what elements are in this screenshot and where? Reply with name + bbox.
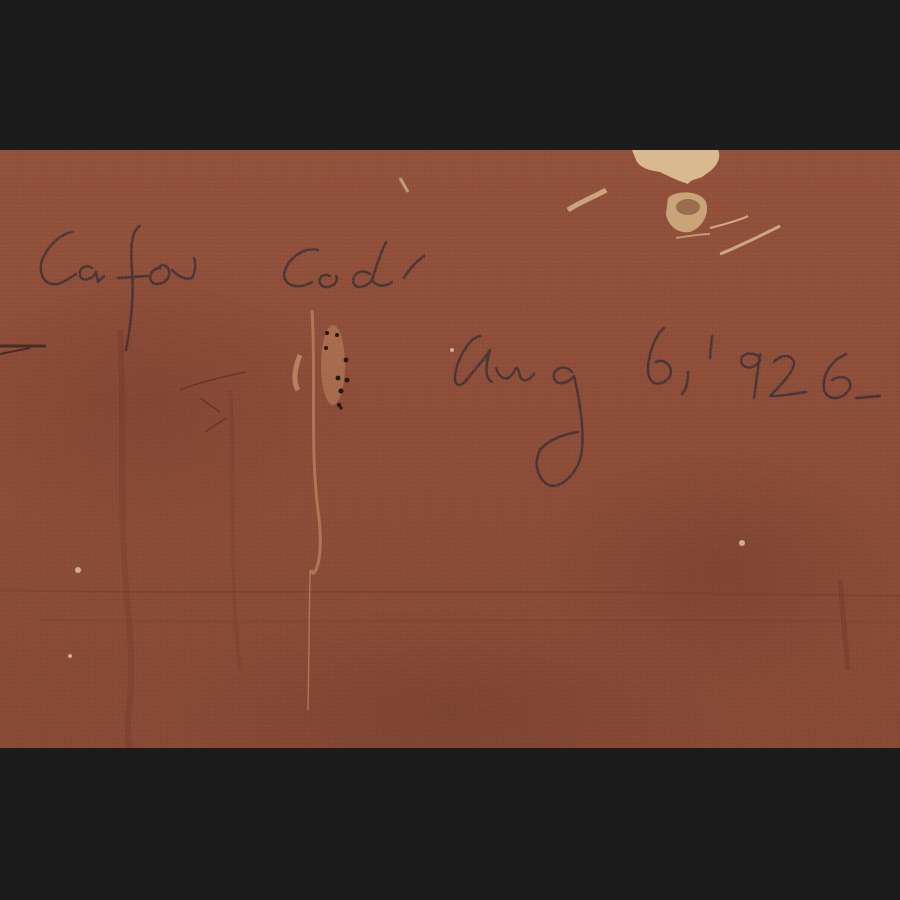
panel-artwork [0, 150, 900, 748]
letterbox-bottom [0, 748, 900, 900]
grain-texture [0, 150, 900, 748]
wood-panel: Cafe Cod Aug 6, 1926 [0, 150, 900, 748]
letterbox-top [0, 0, 900, 150]
image-frame: Cafe Cod Aug 6, 1926 [0, 0, 900, 900]
